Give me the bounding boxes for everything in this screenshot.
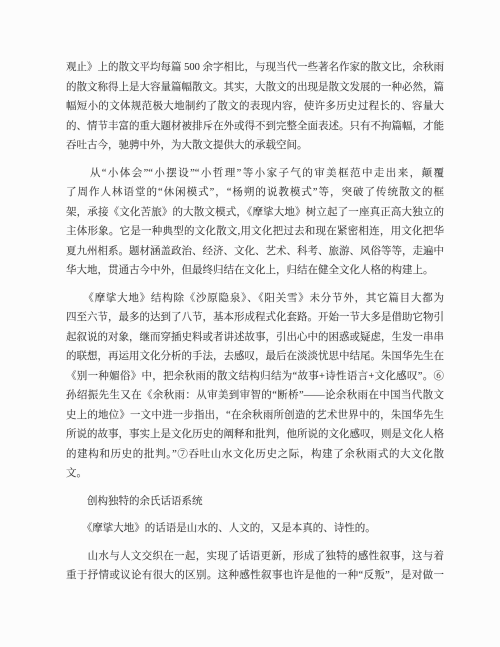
text-line: 的、情节丰富的重大题材被排斥在外或得不到完整全面表述。只有不拘篇幅，才能 — [66, 117, 444, 137]
paragraph-5: 山水与人文交织在一起，实现了话语更新，形成了独特的感性叙事，这与着重于抒情或议论… — [66, 547, 444, 586]
text-line: 起叙说的对象，继而穿插史料或者讲述故事，引出心中的困惑或疑虑，生发一串串 — [66, 328, 444, 348]
text-line: 的散文称得上是大容量篇幅散文。其实，大散文的出现是散文发展的一种必然，篇 — [66, 78, 444, 98]
text-line: 吞吐古今，驰骋中外，为大散文提供大的承载空间。 — [66, 136, 444, 156]
text-line: 山水与人文交织在一起，实现了话语更新，形成了独特的感性叙事，这与着 — [66, 547, 444, 567]
text-line: 重于抒情或议论有很大的区别。这种感性叙事也许是他的一种“反叛”，是对做一 — [66, 566, 444, 586]
paragraph-3: 《摩挲大地》结构除《沙原隐泉》、《阳关雪》未分节外，其它篇目大都为四至六节，最多… — [66, 289, 444, 484]
section-heading: 创构独特的余氏话语系统 — [66, 492, 444, 512]
text-line: 架，承接《文化苦旅》的大散文模式，《摩挲大地》树立起了一座真正高大独立的 — [66, 203, 444, 223]
text-line: 孙绍振先生又在《余秋雨：从审美到审智的“断桥”——论余秋雨在中国当代散文 — [66, 386, 444, 406]
text-line: 所说的故事，事实上是文化历史的阐释和批判，他所说的文化感叹，则是文化人格 — [66, 425, 444, 445]
document-page: 观止》上的散文平均每篇 500 余字相比，与现当代一些著名作家的散文比，余秋雨的… — [0, 0, 500, 647]
paragraph-2: 从“小体会”“小摆设”“小哲理”等小家子气的审美框范中走出来，颠覆了周作人林语堂… — [66, 164, 444, 281]
text-line: 观止》上的散文平均每篇 500 余字相比，与现当代一些著名作家的散文比，余秋雨 — [66, 58, 444, 78]
text-line: 夏九州相系。题材涵盖政治、经济、文化、艺术、科考、旅游、风俗等等，走遍中 — [66, 242, 444, 262]
text-line: 华大地，贯通古今中外，但最终归结在文化上，归结在健全文化人格的构建上。 — [66, 261, 444, 281]
paragraph-4: 《摩挲大地》的话语是山水的、人文的，又是本真的、诗性的。 — [66, 519, 444, 539]
text-line: 主体形象。它是一种典型的文化散文,用文化把过去和现在紧密相连，用文化把华 — [66, 222, 444, 242]
text-line: 文。 — [66, 464, 444, 484]
text-line: 四至六节，最多的达到了八节，基本形成程式化套路。开始一节大多是借助它物引 — [66, 308, 444, 328]
text-line: 《摩挲大地》的话语是山水的、人文的，又是本真的、诗性的。 — [66, 519, 444, 539]
paragraph-1: 观止》上的散文平均每篇 500 余字相比，与现当代一些著名作家的散文比，余秋雨的… — [66, 58, 444, 156]
text-line: 了周作人林语堂的“休闲模式”，“杨朔的说教模式”等，突破了传统散文的框 — [66, 183, 444, 203]
text-line: 史上的地位》一文中进一步指出，“在余秋雨所创造的艺术世界中的，朱国华先生 — [66, 406, 444, 426]
text-block: 观止》上的散文平均每篇 500 余字相比，与现当代一些著名作家的散文比，余秋雨的… — [66, 58, 444, 586]
text-line: 的联想，再运用文化分析的手法，去感叹，最后在淡淡忧思中结尾。朱国华先生在 — [66, 347, 444, 367]
text-line: 《别一种媚俗》中，把余秋雨的散文结构归结为“故事+诗性语言+文化感叹”。⑥ — [66, 367, 444, 387]
text-line: 从“小体会”“小摆设”“小哲理”等小家子气的审美框范中走出来，颠覆 — [66, 164, 444, 184]
text-line: 的建构和历史的批判。”⑦吞吐山水文化历史之际，构建了余秋雨式的大文化散 — [66, 445, 444, 465]
text-line: 幅短小的文体规范极大地制约了散文的表现内容，使许多历史过程长的、容量大 — [66, 97, 444, 117]
text-line: 《摩挲大地》结构除《沙原隐泉》、《阳关雪》未分节外，其它篇目大都为 — [66, 289, 444, 309]
text-line: 创构独特的余氏话语系统 — [66, 492, 444, 512]
